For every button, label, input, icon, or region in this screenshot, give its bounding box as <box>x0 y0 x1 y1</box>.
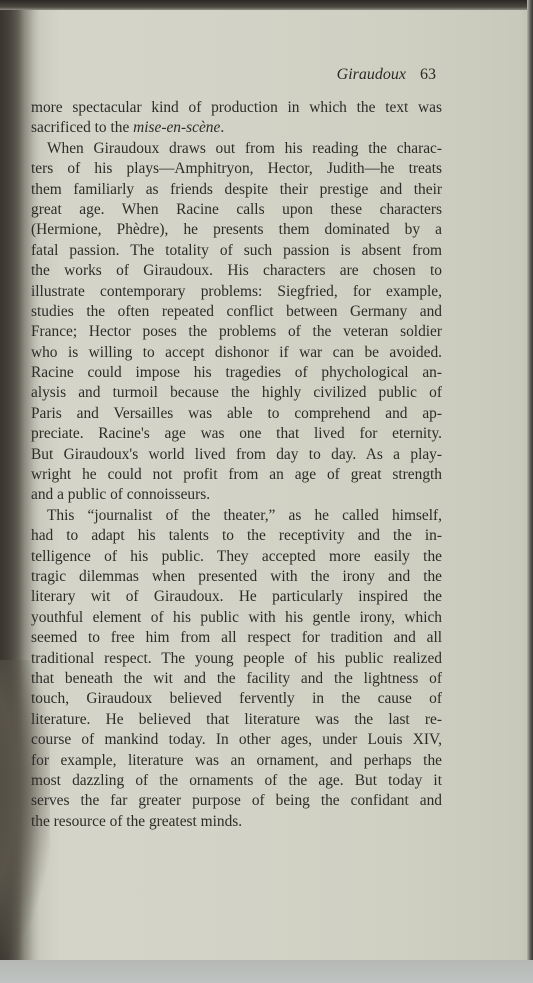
text-line: (Hermione, Phèdre), he presents them dom… <box>31 220 442 240</box>
text-line: studies the often repeated conflict betw… <box>31 302 442 322</box>
text-line: When Giraudoux draws out from his readin… <box>31 139 442 159</box>
running-head-title: Giraudoux <box>337 66 406 83</box>
text-line: traditional respect. The young people of… <box>31 649 442 669</box>
text-line: fatal passion. The totality of such pass… <box>31 241 442 261</box>
text-line: This “journalist of the theater,” as he … <box>31 506 442 526</box>
text-line: who is willing to accept dishonor if war… <box>31 343 442 363</box>
running-head: Giraudoux63 <box>337 66 436 84</box>
text-line: wright he could not profit from an age o… <box>31 465 442 485</box>
text-line: literature. He believed that literature … <box>31 710 442 730</box>
text-line: course of mankind today. In other ages, … <box>31 730 442 750</box>
text-line: most dazzling of the ornaments of the ag… <box>31 771 442 791</box>
text-line: ters of his plays—Amphitryon, Hector, Ju… <box>31 159 442 179</box>
text-line: But Giraudoux's world lived from day to … <box>31 445 442 465</box>
text-line: tragic dilemmas when presented with the … <box>31 567 442 587</box>
text-line: that beneath the wit and the facility an… <box>31 669 442 689</box>
body-text: more spectacular kind of production in w… <box>31 98 442 832</box>
text-line: more spectacular kind of production in w… <box>31 98 442 118</box>
text-line: seemed to free him from all respect for … <box>31 628 442 648</box>
text-run: . <box>220 119 224 136</box>
text-line: touch, Giraudoux believed fervently in t… <box>31 689 442 709</box>
text-line: great age. When Racine calls upon these … <box>31 200 442 220</box>
text-line: Racine could impose his tragedies of phy… <box>31 363 442 383</box>
text-line: illustrate contemporary problems: Siegfr… <box>31 282 442 302</box>
text-line: for example, literature was an ornament,… <box>31 751 442 771</box>
italic-term: mise-en-scène <box>133 119 220 136</box>
page-number: 63 <box>420 66 436 83</box>
text-line: preciate. Racine's age was one that live… <box>31 424 442 444</box>
text-line: serves the far greater purpose of being … <box>31 791 442 811</box>
top-edge-shadow <box>0 0 533 10</box>
text-line: Paris and Versailles was able to compreh… <box>31 404 442 424</box>
book-page: Giraudoux63 more spectacular kind of pro… <box>0 10 528 960</box>
text-line: the works of Giraudoux. His characters a… <box>31 261 442 281</box>
text-line: the resource of the greatest minds. <box>31 812 442 832</box>
text-line: youthful element of his public with his … <box>31 608 442 628</box>
text-line: and a public of connoisseurs. <box>31 485 442 505</box>
text-line: telligence of his public. They accepted … <box>31 547 442 567</box>
table-surface <box>0 960 533 983</box>
paragraph: When Giraudoux draws out from his readin… <box>31 139 442 506</box>
text-line: alysis and turmoil because the highly ci… <box>31 383 442 403</box>
text-line: sacrificed to the mise-en-scène. <box>31 118 442 138</box>
text-run: sacrificed to the <box>31 119 133 136</box>
text-line: France; Hector poses the problems of the… <box>31 322 442 342</box>
book-photo: Giraudoux63 more spectacular kind of pro… <box>0 0 533 983</box>
paragraph: This “journalist of the theater,” as he … <box>31 506 442 832</box>
paragraph: more spectacular kind of production in w… <box>31 98 442 139</box>
text-line: had to adapt his talents to the receptiv… <box>31 526 442 546</box>
right-page-edge <box>527 0 533 960</box>
text-line: them familiarly as friends despite their… <box>31 180 442 200</box>
text-line: literary wit of Giraudoux. He particular… <box>31 587 442 607</box>
